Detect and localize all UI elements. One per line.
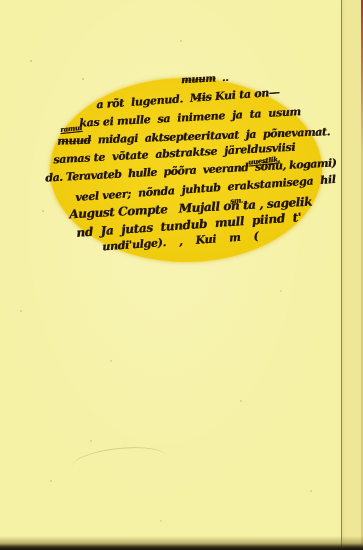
paper-scratch <box>71 443 168 480</box>
book-back-cover: m̶u̶u̶m̶ ‥ a rõt lugenud. M̶i̶s̶ Kui ta … <box>0 0 363 550</box>
paper-speckles <box>30 60 32 62</box>
cover-bottom-edge <box>0 536 363 550</box>
cover-crease-shade <box>342 0 363 550</box>
